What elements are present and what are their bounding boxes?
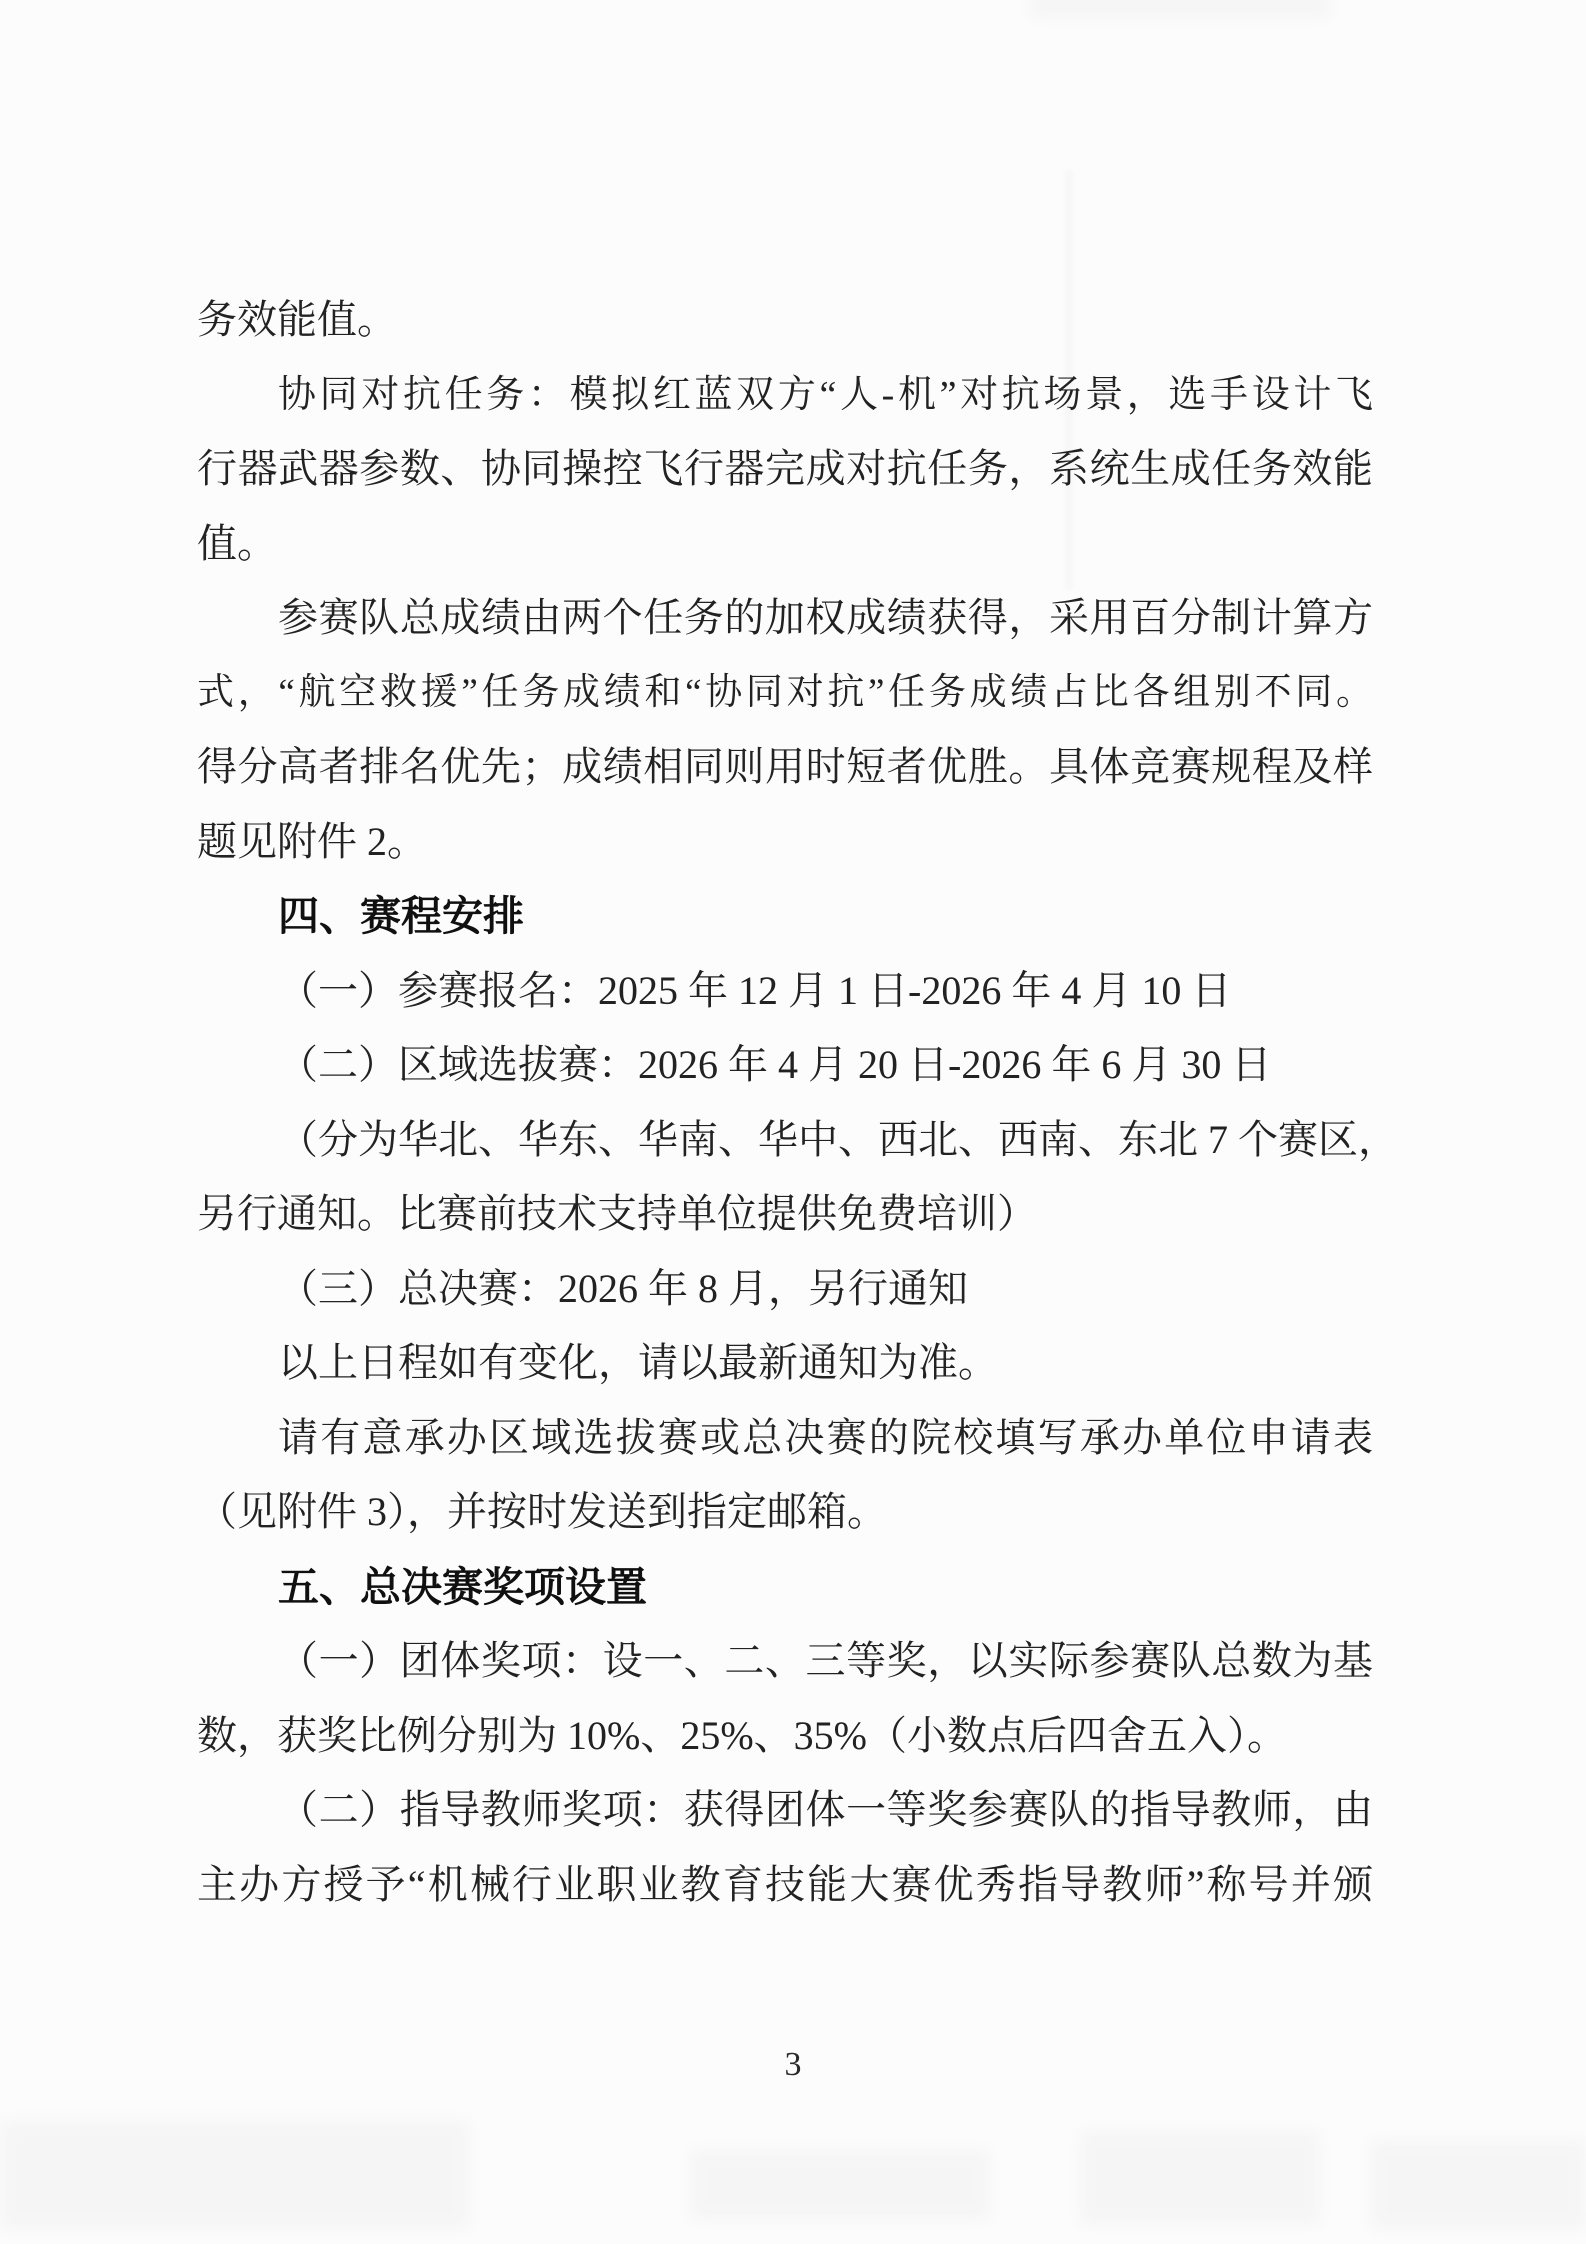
- scan-smudge-bottom-right: [1080, 2130, 1320, 2225]
- body-line: （分为华北、华东、华南、华中、西北、西南、东北 7 个赛区，: [197, 1103, 1373, 1178]
- document-body: 务效能值。 协同对抗任务：模拟红蓝双方“人-机”对抗场景，选手设计飞 行器武器参…: [197, 283, 1373, 1922]
- body-line: 协同对抗任务：模拟红蓝双方“人-机”对抗场景，选手设计飞: [197, 358, 1373, 433]
- scan-smudge-bottom-far-right: [1370, 2140, 1586, 2230]
- body-line: 以上日程如有变化，请以最新通知为准。: [197, 1326, 1373, 1401]
- body-line: 另行通知。比赛前技术支持单位提供免费培训）: [197, 1177, 1373, 1252]
- scanned-document-page: 务效能值。 协同对抗任务：模拟红蓝双方“人-机”对抗场景，选手设计飞 行器武器参…: [0, 0, 1586, 2244]
- body-line: 行器武器参数、协同操控飞行器完成对抗任务，系统生成任务效能: [197, 432, 1373, 507]
- body-line: 得分高者排名优先；成绩相同则用时短者优胜。具体竞赛规程及样: [197, 730, 1373, 805]
- body-line: 参赛队总成绩由两个任务的加权成绩获得，采用百分制计算方: [197, 581, 1373, 656]
- section-heading-schedule: 四、赛程安排: [197, 879, 1373, 954]
- body-line: 数，获奖比例分别为 10%、25%、35%（小数点后四舍五入）。: [197, 1699, 1373, 1774]
- body-line: 式，“航空救援”任务成绩和“协同对抗”任务成绩占比各组别不同。: [197, 656, 1373, 731]
- body-line: （一）团体奖项：设一、二、三等奖，以实际参赛队总数为基: [197, 1624, 1373, 1699]
- section-heading-awards: 五、总决赛奖项设置: [197, 1550, 1373, 1625]
- body-line: 值。: [197, 507, 1373, 582]
- body-line: （二）区域选拔赛：2026 年 4 月 20 日-2026 年 6 月 30 日: [197, 1028, 1373, 1103]
- page-number: 3: [0, 2045, 1586, 2085]
- body-line: （二）指导教师奖项：获得团体一等奖参赛队的指导教师，由: [197, 1773, 1373, 1848]
- scan-smudge-top-right: [1030, 0, 1330, 18]
- body-line: 题见附件 2。: [197, 805, 1373, 880]
- body-line: （见附件 3），并按时发送到指定邮箱。: [197, 1475, 1373, 1550]
- body-line: 务效能值。: [197, 283, 1373, 358]
- body-line: （三）总决赛：2026 年 8 月，另行通知: [197, 1252, 1373, 1327]
- scan-smudge-bottom-mid: [690, 2150, 990, 2220]
- scan-smudge-bottom-left: [0, 2120, 470, 2230]
- body-line: （一）参赛报名：2025 年 12 月 1 日-2026 年 4 月 10 日: [197, 954, 1373, 1029]
- body-line: 请有意承办区域选拔赛或总决赛的院校填写承办单位申请表: [197, 1401, 1373, 1476]
- body-line: 主办方授予“机械行业职业教育技能大赛优秀指导教师”称号并颁: [197, 1848, 1373, 1923]
